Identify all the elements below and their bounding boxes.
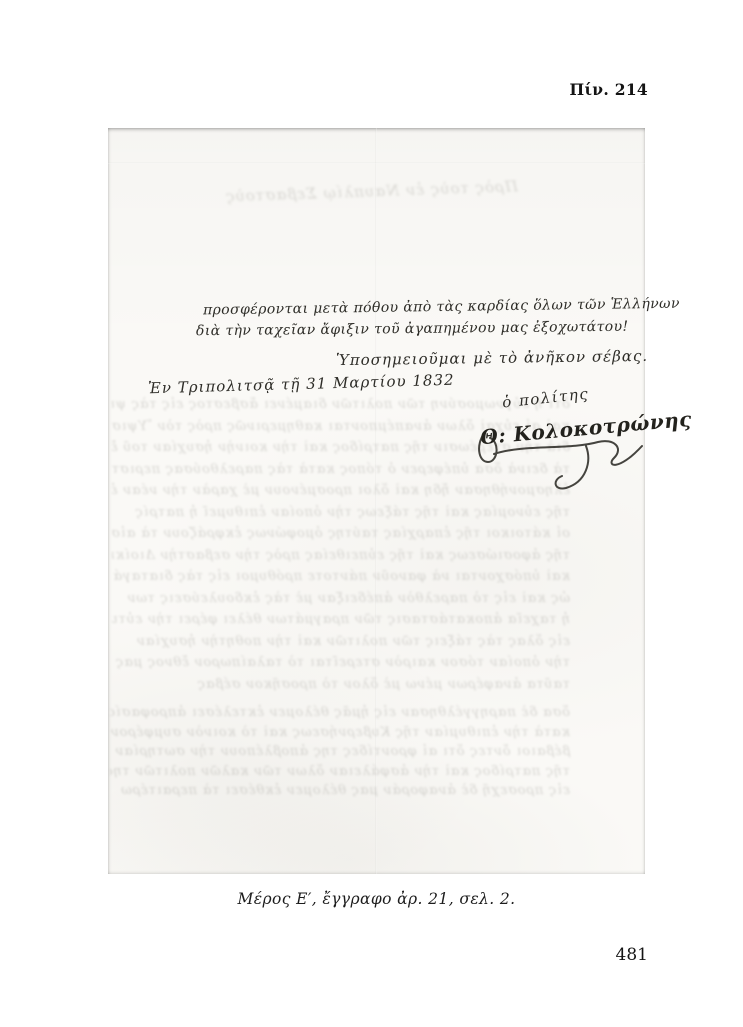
handwriting-line-1: προσφέρονται μετὰ πόθου ἀπὸ τὰς καρδίας …: [203, 296, 680, 319]
bleedthrough-text-block-2: ὅσα δὲ παρηγγέλθησαν εἰς ἡμᾶς θέλομεν ἐκ…: [110, 703, 570, 801]
bleedthrough-header-line: Πρὸς τοὺς ἐν Ναυπλίῳ Σεβαστοὺς: [188, 177, 518, 207]
book-page: Πίν. 214 Πρὸς τοὺς ἐν Ναυπλίῳ Σεβαστοὺς …: [0, 0, 743, 1027]
handwriting-closing-line: Ὑποσημειοῦμαι μὲ τὸ ἀνῆκον σέβας.: [336, 347, 648, 369]
bleedthrough-line: τῆς ἀφοσιώσεως καὶ τῆς εὐπειθείας πρὸς τ…: [112, 545, 570, 567]
paper-crease-line: [108, 162, 645, 164]
plate-label: Πίν. 214: [570, 80, 648, 99]
page-number: 481: [616, 945, 648, 965]
bleedthrough-line: ταῦτα ἀναφέρων μένω μὲ ὅλον τὸ προσῆκον …: [112, 674, 570, 696]
bleedthrough-line: τῆς εὐνομίας καὶ τῆς τάξεως τὴν ὁποίαν ἐ…: [112, 502, 570, 524]
figure-caption: Μέρος Ε′, ἔγγραφο ἀρ. 21, σελ. 2.: [108, 890, 645, 908]
bleedthrough-line: βέβαιοι ὄντες ὅτι αἱ φροντίδες της ἀποβλ…: [110, 742, 570, 762]
bleedthrough-line: ὡς καὶ εἰς τὸ παρελθὸν ἀπέδειξαν μὲ τὰς …: [112, 588, 570, 610]
bleedthrough-line: οἱ κάτοικοι τῆς ἐπαρχίας ταύτης ὁμοφώνως…: [112, 523, 570, 545]
signature-flourish: [474, 428, 664, 502]
bleedthrough-line: ἡ ταχεῖα ἀποκατάστασις τῶν πραγμάτων θέλ…: [112, 609, 570, 631]
bleedthrough-line: τῆς πατρίδος καὶ τὴν ἀσφάλειαν ὅλων τῶν …: [110, 762, 570, 782]
handwriting-line-2: διὰ τὴν ταχεῖαν ἄφιξιν τοῦ ἀγαπημένου μα…: [196, 319, 629, 340]
bleedthrough-line: εἰς προσεχῆ δὲ ἀναφοράν μας θέλομεν ἐκθέ…: [110, 781, 570, 801]
bleedthrough-line: ὅσα δὲ παρηγγέλθησαν εἰς ἡμᾶς θέλομεν ἐκ…: [110, 703, 570, 723]
bleedthrough-line: τὴν ὁποίαν τόσον καιρὸν στερεῖται τὸ ταλ…: [112, 652, 570, 674]
bleedthrough-line: κατὰ τὴν ἐπιθυμίαν τῆς Κυβερνήσεως καὶ τ…: [110, 723, 570, 743]
bleedthrough-line: καὶ ὑπόσχονται νὰ φανοῦν πάντοτε πρόθυμο…: [112, 566, 570, 588]
bleedthrough-line: εἰς ὅλας τὰς τάξεις τῶν πολιτῶν καὶ τὴν …: [112, 631, 570, 653]
scanned-letter-image: Πρὸς τοὺς ἐν Ναυπλίῳ Σεβαστοὺς ὅτι ἡ εὐγ…: [108, 128, 645, 874]
